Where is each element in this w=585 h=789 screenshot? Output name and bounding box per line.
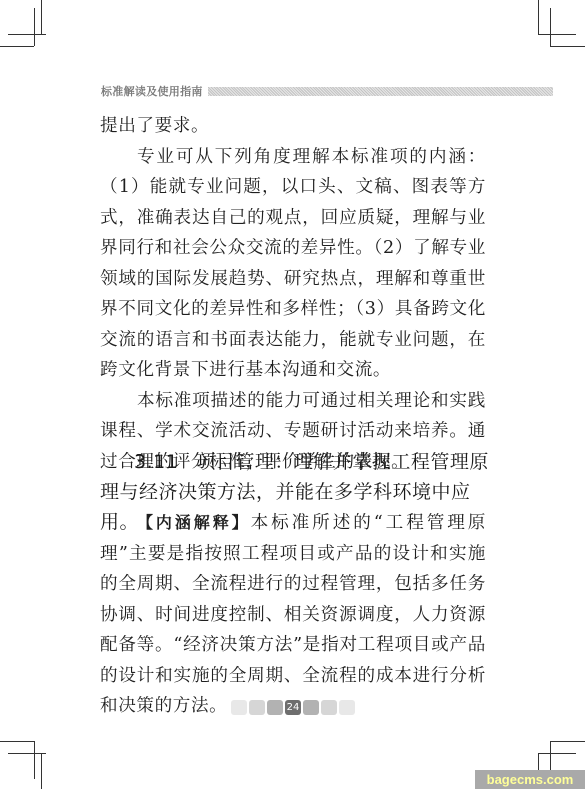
paragraph-0: 提出了要求。 (100, 111, 486, 142)
page-block (303, 700, 319, 715)
watermark: bagecms.com (475, 770, 585, 789)
page-block (267, 700, 283, 715)
body-section-2: 【内涵解释】本标准所述的“工程管理原理”主要是指按照工程项目或产品的设计和实施的… (100, 508, 486, 722)
running-header-title: 标准解读及使用指南 (101, 83, 203, 99)
explanation-label: 【内涵解释】 (137, 513, 251, 532)
header-rule (208, 87, 553, 96)
page-block (249, 700, 265, 715)
page-indicator: 24 (231, 700, 355, 715)
explanation-paragraph: 【内涵解释】本标准所述的“工程管理原理”主要是指按照工程项目或产品的设计和实施的… (100, 508, 486, 722)
paragraph-1: 专业可从下列角度理解本标准项的内涵：（1）能就专业问题，以口头、文稿、图表等方式… (100, 142, 486, 386)
page-block (231, 700, 247, 715)
section-number: 3.11 (100, 451, 196, 473)
page-block (339, 700, 355, 715)
page-block (321, 700, 337, 715)
page-number: 24 (285, 700, 301, 715)
running-header: 标准解读及使用指南 (101, 83, 553, 99)
explanation-text: 本标准所述的“工程管理原理”主要是指按照工程项目或产品的设计和实施的全周期、全流… (100, 513, 486, 716)
body-section-1: 提出了要求。 专业可从下列角度理解本标准项的内涵：（1）能就专业问题，以口头、文… (100, 111, 486, 477)
